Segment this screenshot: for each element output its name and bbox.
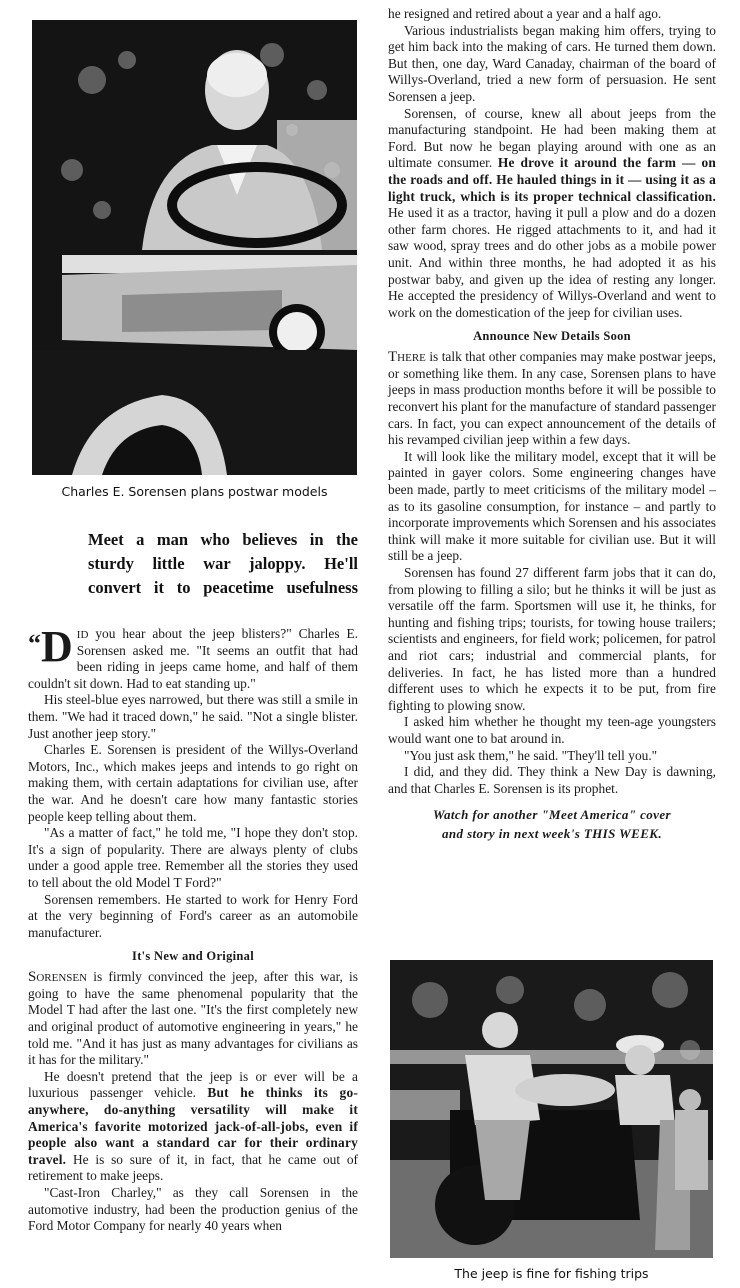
paragraph: Sorensen, of course, knew all about jeep… [388,106,716,322]
continued-text: he resigned and retired about a year and… [388,6,716,23]
paragraph: Sorensen has found 27 different farm job… [388,565,716,714]
photo-fishing-trip [390,960,713,1258]
dropcap-letter: D [41,622,73,671]
photo-caption-bottom: The jeep is fine for fishing trips [390,1266,713,1281]
paragraph: I did, and they did. They think a New Da… [388,764,716,797]
promo-line-1: Watch for another "Meet America" cover [388,805,716,824]
paragraph: "Cast-Iron Charley," as they call Sorens… [28,1185,358,1235]
paragraph: Sorensen remembers. He started to work f… [28,892,358,942]
photo-sorensen-in-jeep [32,20,357,475]
paragraph: He doesn't pretend that the jeep is or e… [28,1069,358,1185]
section-2-lead-text: is talk that other companies may make po… [388,349,716,447]
paragraph-tail: He used it as a tractor, having it pull … [388,205,716,320]
article-deck: Meet a man who believes in the sturdy li… [88,528,358,600]
paragraph: Charles E. Sorensen is president of the … [28,742,358,825]
section-2-lead: There is talk that other companies may m… [388,349,716,449]
photo-caption-top: Charles E. Sorensen plans postwar models [32,484,357,499]
section-1-lead-word: Sorensen [28,969,87,985]
dropcap: “D [28,628,73,664]
deck-line-3: convert it to peacetime usefulness [88,576,358,600]
fishing-trip-photo-icon [390,960,713,1258]
paragraph: Various industrialists began making him … [388,23,716,106]
section-1-lead: Sorensen is firmly convinced the jeep, a… [28,969,358,1069]
lead-first-word: id [77,626,89,642]
jeep-driver-photo-icon [32,20,357,475]
paragraph-tail: He is so sure of it, in fact, that he ca… [28,1152,358,1184]
right-column-body: he resigned and retired about a year and… [388,6,716,843]
section-2-lead-word: There [388,349,426,365]
paragraph: It will look like the military model, ex… [388,449,716,565]
paragraph: I asked him whether he thought my teen-a… [388,714,716,747]
open-quote: “ [28,629,41,658]
paragraph: "As a matter of fact," he told me, "I ho… [28,825,358,891]
paragraph: "You just ask them," he said. "They'll t… [388,748,716,765]
paragraph: His steel-blue eyes narrowed, but there … [28,692,358,742]
deck-line-1: Meet a man who believes in the [88,528,358,552]
deck-line-2: sturdy little war jaloppy. He'll [88,552,358,576]
subhead-announce-details: Announce New Details Soon [388,327,716,345]
promo-note: Watch for another "Meet America" cover a… [388,805,716,843]
subhead-new-and-original: It's New and Original [28,947,358,965]
left-column-body: “Did you hear about the jeep blisters?" … [28,626,358,1235]
promo-line-2: and story in next week's THIS WEEK. [388,824,716,843]
lead-paragraph: “Did you hear about the jeep blisters?" … [28,626,358,692]
